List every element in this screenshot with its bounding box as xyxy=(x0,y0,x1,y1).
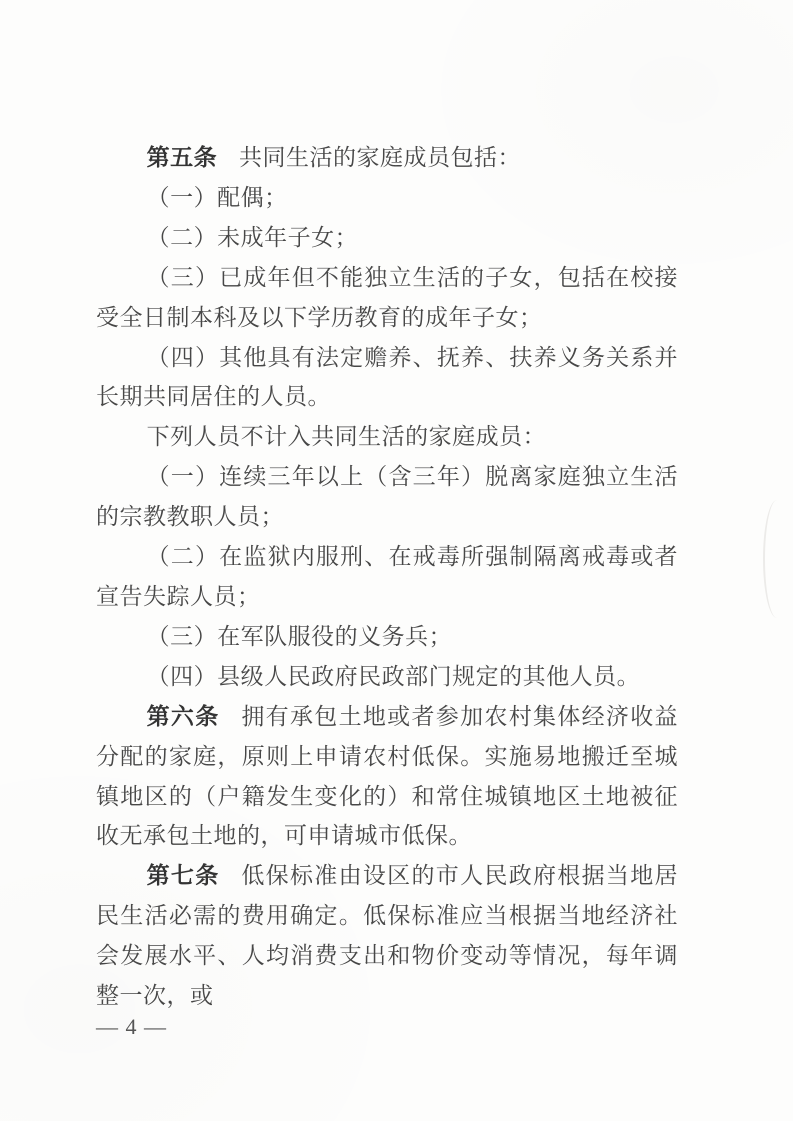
scan-crease-artifact xyxy=(763,500,791,618)
paragraph-text: （三）在军队服役的义务兵； xyxy=(147,624,453,649)
article-5-opening-paragraph: 第五条共同生活的家庭成员包括： xyxy=(96,138,678,178)
paragraph-text: （四）县级人民政府民政部门规定的其他人员。 xyxy=(147,664,641,689)
clause-item: （二）在监狱内服刑、在戒毒所强制隔离戒毒或者宣告失踪人员； xyxy=(96,537,678,617)
article-7-label: 第七条 xyxy=(147,863,220,888)
clause-item: （二）未成年子女； xyxy=(96,218,678,258)
paragraph-text: 共同生活的家庭成员包括： xyxy=(239,145,521,170)
clause-item: （一）配偶； xyxy=(96,178,678,218)
paragraph-text: （四）其他具有法定赡养、抚养、扶养义务关系并长期共同居住的人员。 xyxy=(96,345,678,410)
document-body: 第五条共同生活的家庭成员包括： （一）配偶； （二）未成年子女； （三）已成年但… xyxy=(96,138,678,1016)
article-5-label: 第五条 xyxy=(147,145,218,170)
document-page: 第五条共同生活的家庭成员包括： （一）配偶； （二）未成年子女； （三）已成年但… xyxy=(0,0,793,1121)
clause-item: （三）已成年但不能独立生活的子女，包括在校接受全日制本科及以下学历教育的成年子女… xyxy=(96,258,678,338)
clause-item: （一）连续三年以上（含三年）脱离家庭独立生活的宗教教职人员； xyxy=(96,457,678,537)
paragraph-text: （一）配偶； xyxy=(147,185,288,210)
page-number: — 4 — xyxy=(96,1014,167,1040)
exclusion-intro-paragraph: 下列人员不计入共同生活的家庭成员： xyxy=(96,417,678,457)
paragraph-text: （一）连续三年以上（含三年）脱离家庭独立生活的宗教教职人员； xyxy=(96,464,678,529)
paragraph-text: 下列人员不计入共同生活的家庭成员： xyxy=(147,424,547,449)
paragraph-text: （三）已成年但不能独立生活的子女，包括在校接受全日制本科及以下学历教育的成年子女… xyxy=(96,265,678,330)
paragraph-text: （二）在监狱内服刑、在戒毒所强制隔离戒毒或者宣告失踪人员； xyxy=(96,544,678,609)
article-6-paragraph: 第六条拥有承包土地或者参加农村集体经济收益分配的家庭，原则上申请农村低保。实施易… xyxy=(96,697,678,857)
article-6-label: 第六条 xyxy=(147,704,220,729)
clause-item: （四）其他具有法定赡养、抚养、扶养义务关系并长期共同居住的人员。 xyxy=(96,338,678,418)
clause-item: （四）县级人民政府民政部门规定的其他人员。 xyxy=(96,657,678,697)
clause-item: （三）在军队服役的义务兵； xyxy=(96,617,678,657)
paragraph-text: （二）未成年子女； xyxy=(147,225,359,250)
article-7-paragraph: 第七条低保标准由设区的市人民政府根据当地居民生活必需的费用确定。低保标准应当根据… xyxy=(96,856,678,1016)
